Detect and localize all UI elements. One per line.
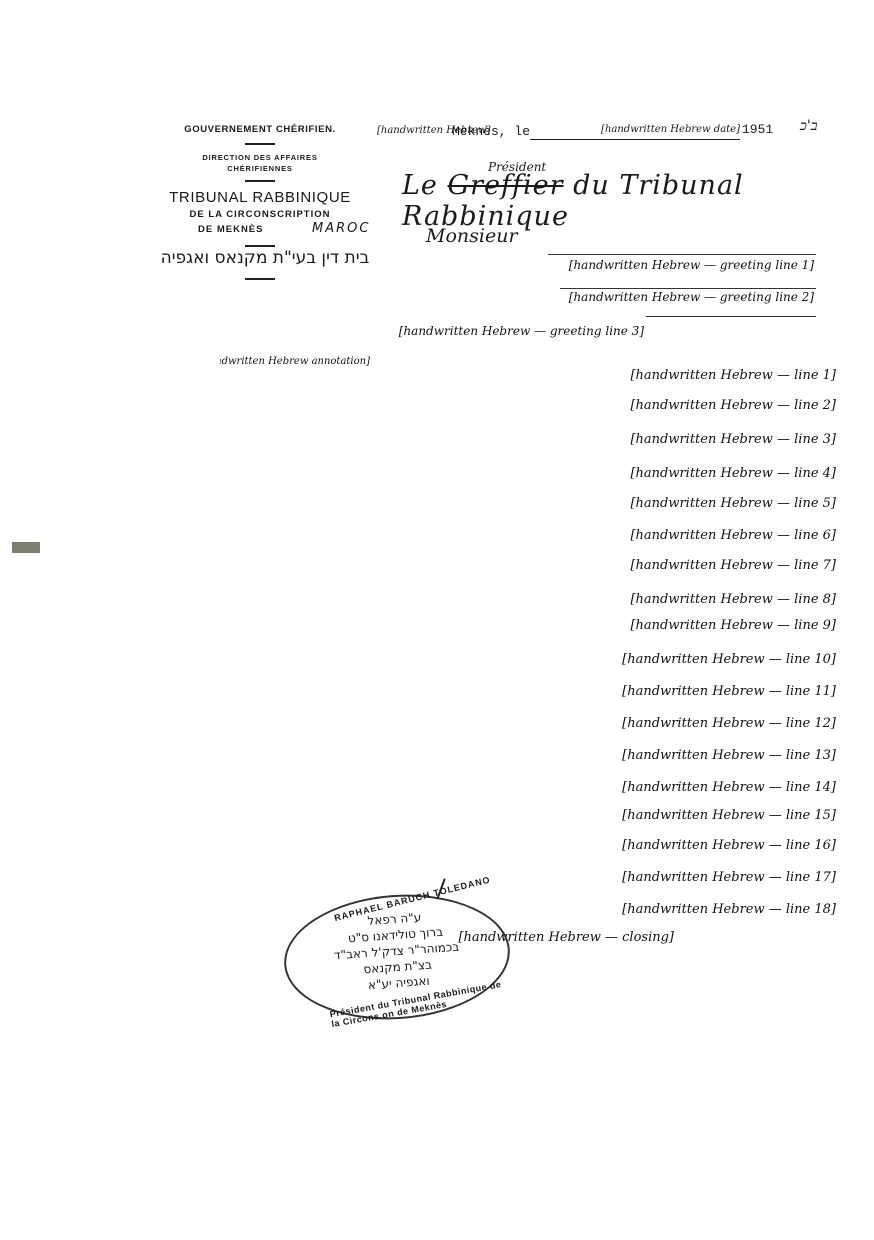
- interlinear-note: [handwritten Hebrew annotation]: [220, 356, 370, 367]
- body-line: [handwritten Hebrew — line 7]: [166, 558, 836, 578]
- letterhead-government: GOUVERNEMENT CHÉRIFIEN.: [150, 124, 370, 135]
- stamp-text: ע"ה רפאל ברוך טולידאנו ס"ט בכמוהר"ר צדק'…: [311, 905, 482, 996]
- body-line: [handwritten Hebrew — line 17]: [166, 870, 836, 890]
- letterhead-divider: [245, 143, 275, 145]
- body-line: [handwritten Hebrew — line 4]: [166, 466, 836, 486]
- salutation: Monsieur: [426, 225, 518, 247]
- direction-line-1: DIRECTION DES AFFAIRES: [150, 152, 370, 163]
- letterhead-tribunal: TRIBUNAL RABBINIQUE: [150, 189, 370, 206]
- intro-line: [handwritten Hebrew — greeting line 1]: [374, 258, 814, 272]
- letterhead-meknes: DE MEKNÈS: [198, 224, 263, 235]
- body-line: [handwritten Hebrew — line 6]: [166, 528, 836, 548]
- letterhead-divider: [245, 278, 275, 280]
- body-line: [handwritten Hebrew — line 11]: [166, 684, 836, 704]
- body-line: [handwritten Hebrew — line 18]: [166, 902, 836, 922]
- body-line: [handwritten Hebrew — line 14]: [166, 780, 836, 800]
- address-rule: [646, 316, 816, 317]
- intro-line: [handwritten Hebrew — greeting line 2]: [374, 290, 814, 304]
- letterhead-divider: [245, 245, 275, 247]
- body-line: [handwritten Hebrew — line 5]: [166, 496, 836, 516]
- body-line: [handwritten Hebrew — line 8]: [166, 592, 836, 612]
- body-line: [handwritten Hebrew — line 2]: [166, 398, 836, 418]
- body-line: [handwritten Hebrew — line 16]: [166, 838, 836, 858]
- body-line: [handwritten Hebrew — line 10]: [166, 652, 836, 672]
- letterhead-maroc-handwritten: MAROC: [312, 221, 370, 236]
- dateline-date: [handwritten Hebrew date]: [530, 124, 740, 140]
- address-rule: [560, 288, 816, 289]
- struck-greffier: Greffier: [448, 170, 564, 201]
- body-line: [handwritten Hebrew — line 13]: [166, 748, 836, 768]
- margin-scan-mark: [12, 542, 40, 553]
- addressee-title: Le Greffier du Tribunal Rabbinique: [402, 170, 874, 232]
- body-line: [handwritten Hebrew — line 15]: [166, 808, 836, 828]
- direction-line-2: CHÉRIFIENNES: [150, 163, 370, 174]
- letterhead-direction: DIRECTION DES AFFAIRES CHÉRIFIENNES: [150, 152, 370, 174]
- letterhead-divider: [245, 180, 275, 182]
- letterhead-circonscription: DE LA CIRCONSCRIPTION: [150, 209, 370, 220]
- body-line: [handwritten Hebrew — line 1]: [166, 368, 836, 388]
- body-line: [handwritten Hebrew — line 9]: [166, 618, 836, 638]
- dateline-year: 1951: [742, 122, 773, 137]
- body-line: [handwritten Hebrew — line 3]: [166, 432, 836, 452]
- body-line: [handwritten Hebrew — line 12]: [166, 716, 836, 736]
- intro-line: [handwritten Hebrew — greeting line 3]: [384, 324, 644, 338]
- title-prefix: Le: [402, 170, 438, 201]
- reference-mark: ב'כ: [800, 118, 817, 135]
- address-rule: [548, 254, 816, 255]
- dateline-place: Meknès, le: [452, 124, 530, 139]
- letterhead-hebrew-heading: בית דין בעי"ת מקנאס ואגפיה: [160, 248, 370, 268]
